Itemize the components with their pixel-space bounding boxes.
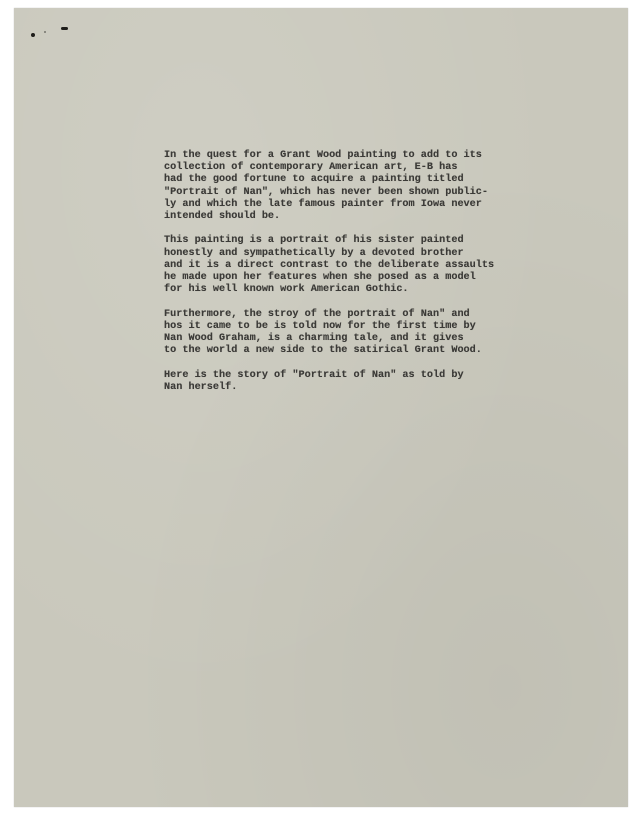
- paragraph-portrait-description: This painting is a portrait of his siste…: [164, 235, 524, 296]
- text-line: had the good fortune to acquire a painti…: [164, 174, 524, 186]
- text-line: This painting is a portrait of his siste…: [164, 235, 524, 247]
- document-body: In the quest for a Grant Wood painting t…: [164, 150, 524, 406]
- text-line: honestly and sympathetically by a devote…: [164, 248, 524, 260]
- text-line: for his well known work American Gothic.: [164, 284, 524, 296]
- paragraph-story-origin: Furthermore, the stroy of the portrait o…: [164, 309, 524, 358]
- typewritten-page: In the quest for a Grant Wood painting t…: [14, 8, 628, 807]
- text-line: Nan herself.: [164, 382, 524, 394]
- text-line: collection of contemporary American art,…: [164, 162, 524, 174]
- ink-dash-mark: [61, 27, 68, 30]
- text-line: to the world a new side to the satirical…: [164, 345, 524, 357]
- text-line: and it is a direct contrast to the delib…: [164, 260, 524, 272]
- text-line: Nan Wood Graham, is a charming tale, and…: [164, 333, 524, 345]
- ink-blot-mark: [31, 33, 35, 37]
- text-line: hos it came to be is told now for the fi…: [164, 321, 524, 333]
- text-line: In the quest for a Grant Wood painting t…: [164, 150, 524, 162]
- text-line: Furthermore, the stroy of the portrait o…: [164, 309, 524, 321]
- text-line: he made upon her features when she posed…: [164, 272, 524, 284]
- paragraph-intro: In the quest for a Grant Wood painting t…: [164, 150, 524, 223]
- text-line: "Portrait of Nan", which has never been …: [164, 187, 524, 199]
- paragraph-closing: Here is the story of "Portrait of Nan" a…: [164, 370, 524, 394]
- text-line: intended should be.: [164, 211, 524, 223]
- text-line: ly and which the late famous painter fro…: [164, 199, 524, 211]
- ink-speck-mark: [44, 31, 46, 33]
- text-line: Here is the story of "Portrait of Nan" a…: [164, 370, 524, 382]
